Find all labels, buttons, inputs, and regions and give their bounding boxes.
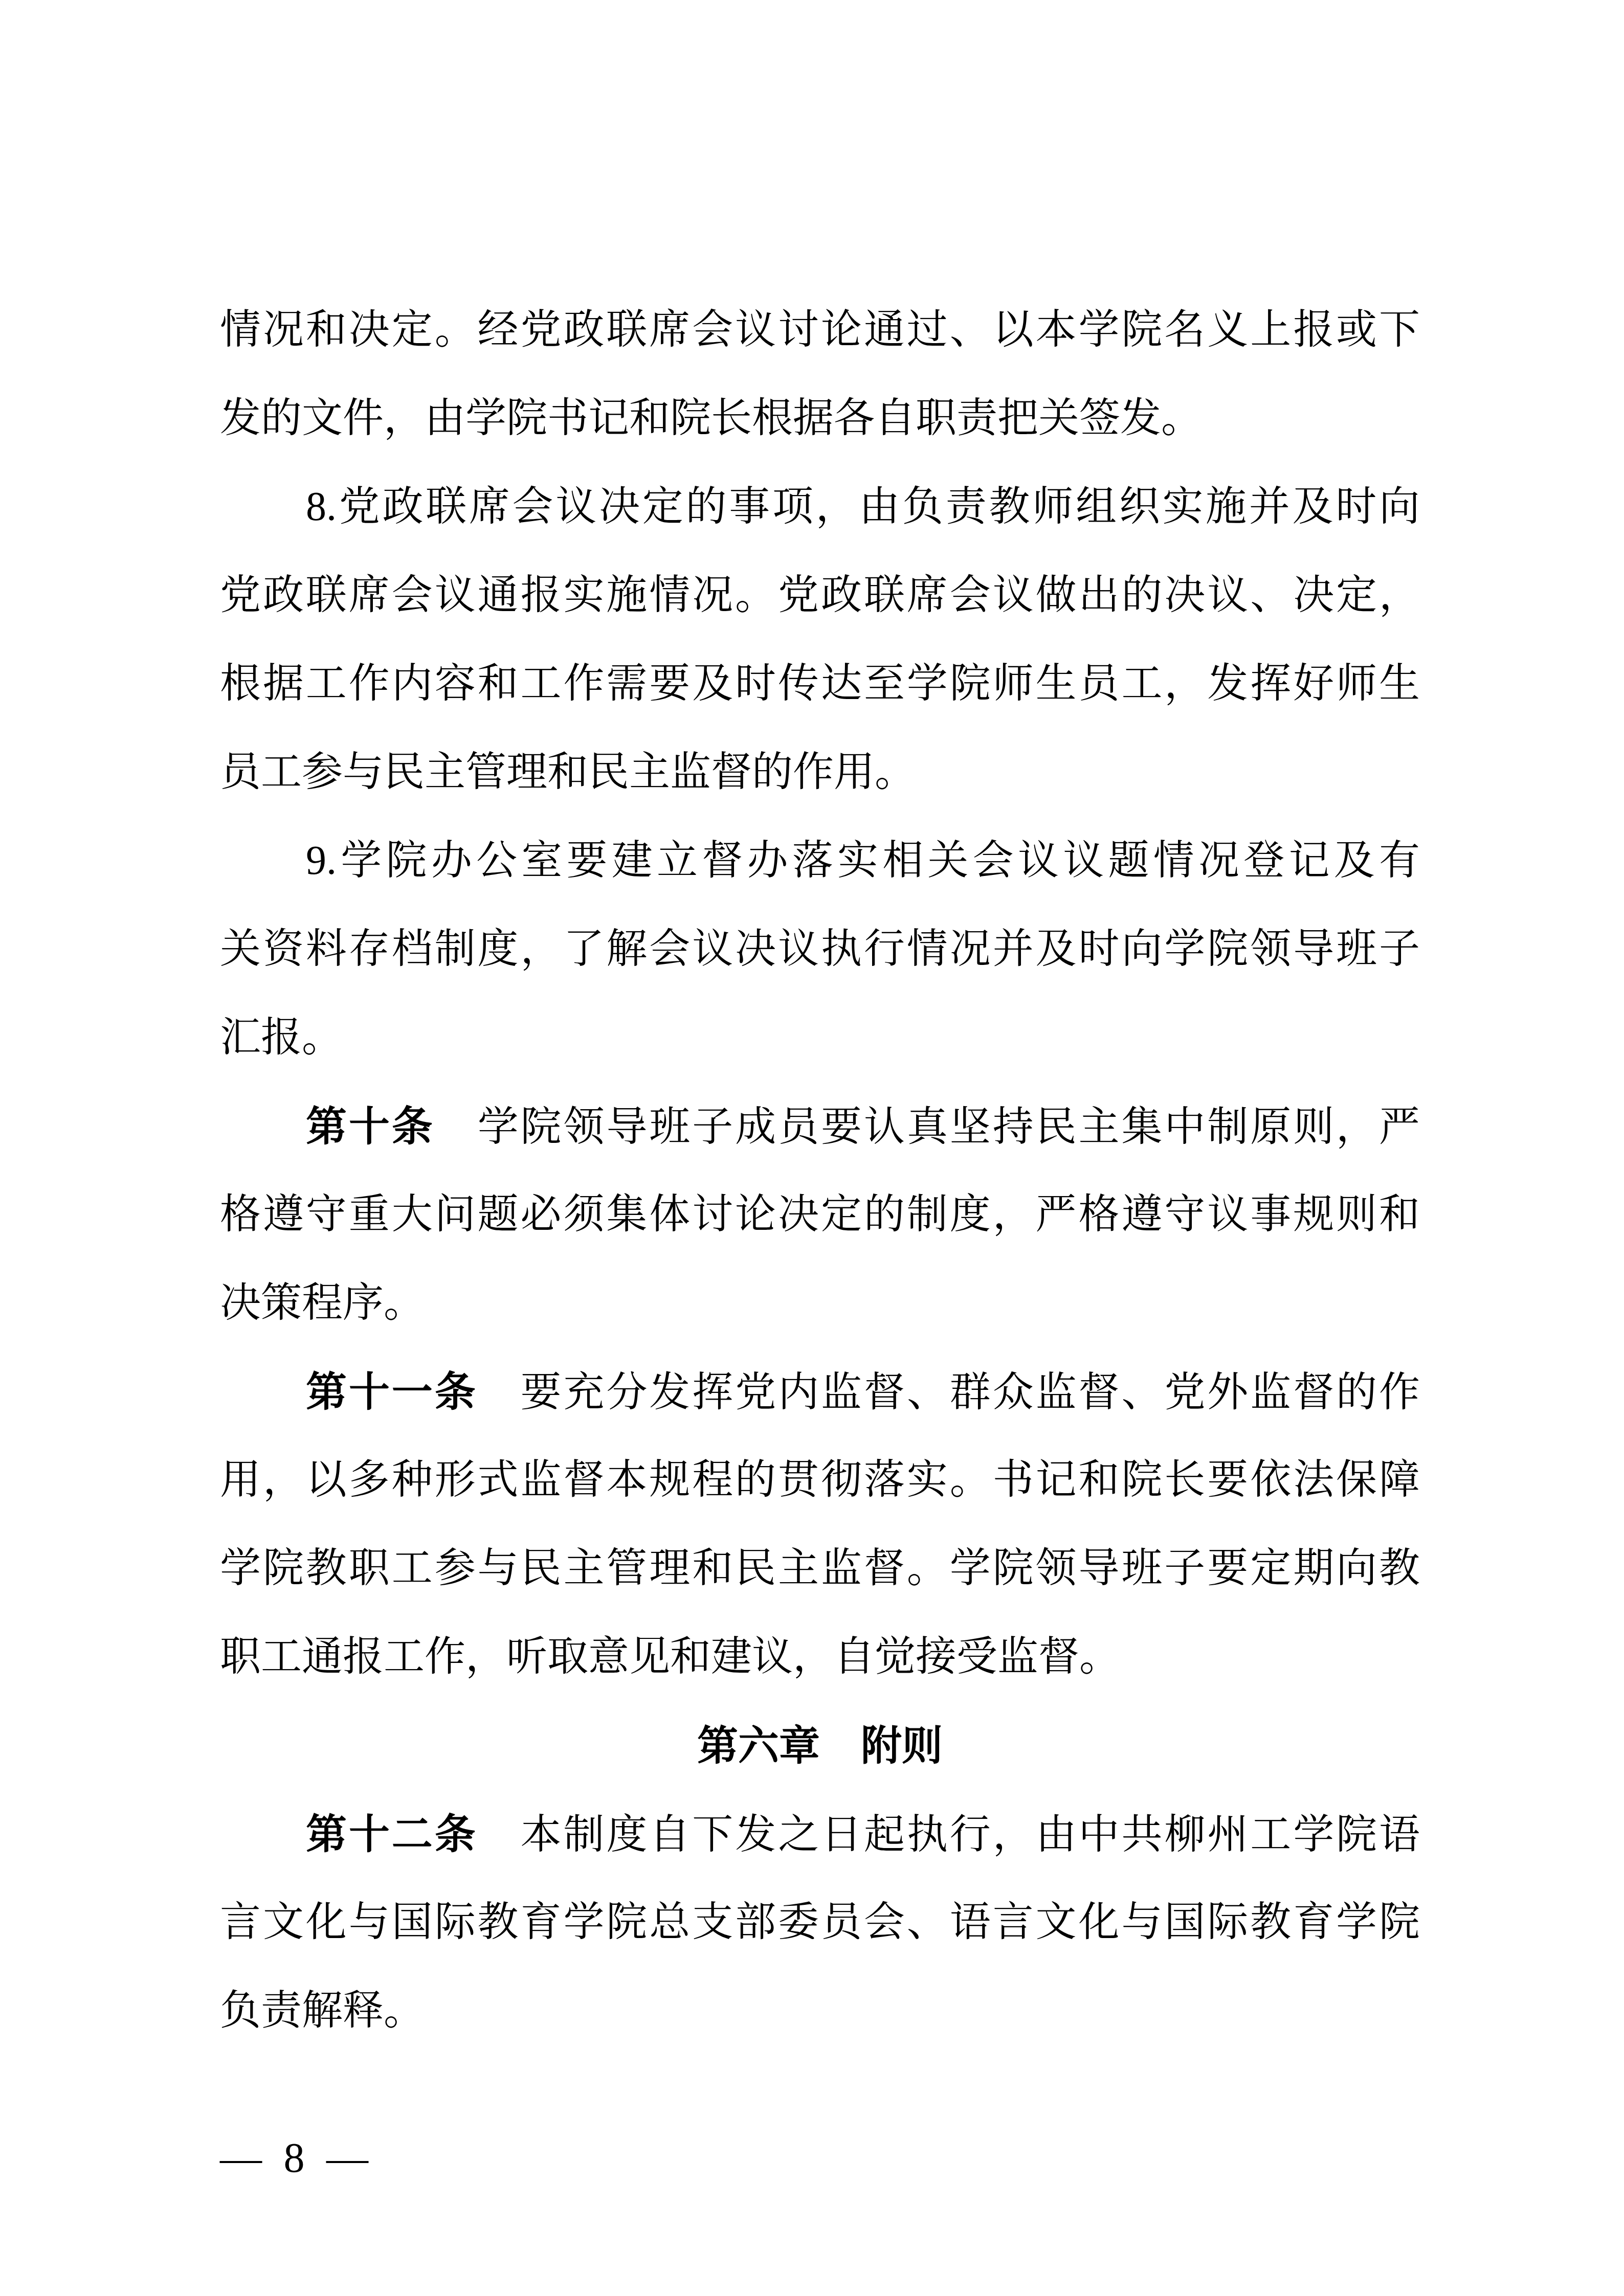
text-line: 员工参与民主管理和民主监督的作用。 (220, 728, 1420, 817)
text-line: 8.党政联席会议决定的事项，由负责教师组织实施并及时向 (220, 463, 1420, 551)
text-line: 发的文件，由学院书记和院长根据各自职责把关签发。 (220, 374, 1420, 463)
text-line: 言文化与国际教育学院总支部委员会、语言文化与国际教育学院 (220, 1878, 1420, 1967)
text-line: 9.学院办公室要建立督办落实相关会议议题情况登记及有 (220, 817, 1420, 905)
text-line: 情况和决定。经党政联席会议讨论通过、以本学院名义上报或下 (220, 286, 1420, 374)
text-line: 根据工作内容和工作需要及时传达至学院师生员工，发挥好师生 (220, 640, 1420, 728)
article-number-heading: 第十一条 (306, 1369, 478, 1414)
text-line: 职工通报工作，听取意见和建议，自觉接受监督。 (220, 1613, 1420, 1701)
document-page: 情况和决定。经党政联席会议讨论通过、以本学院名义上报或下 发的文件，由学院书记和… (0, 0, 1624, 2296)
article-text: 本制度自下发之日起执行，由中共柳州工学院语 (478, 1812, 1420, 1857)
article-text: 要充分发挥党内监督、群众监督、党外监督的作 (478, 1370, 1420, 1415)
text-line: 学院教职工参与民主管理和民主监督。学院领导班子要定期向教 (220, 1524, 1420, 1613)
text-line: 关资料存档制度，了解会议决议执行情况并及时向学院领导班子 (220, 905, 1420, 994)
text-line: 第十二条 本制度自下发之日起执行，由中共柳州工学院语 (220, 1790, 1420, 1878)
text-line: 党政联席会议通报实施情况。党政联席会议做出的决议、决定， (220, 551, 1420, 640)
text-line: 用，以多种形式监督本规程的贯彻落实。书记和院长要依法保障 (220, 1436, 1420, 1524)
document-text-block: 情况和决定。经党政联席会议讨论通过、以本学院名义上报或下 发的文件，由学院书记和… (220, 286, 1420, 2055)
text-line: 第十条 学院领导班子成员要认真坚持民主集中制原则，严 (220, 1082, 1420, 1170)
page-number: — 8 — (220, 2113, 371, 2202)
article-number-heading: 第十条 (306, 1104, 435, 1149)
text-line: 负责解释。 (220, 1967, 1420, 2055)
text-line: 汇报。 (220, 994, 1420, 1082)
text-line: 第十一条 要充分发挥党内监督、群众监督、党外监督的作 (220, 1347, 1420, 1436)
chapter-heading: 第六章 附则 (220, 1701, 1420, 1790)
article-text: 学院领导班子成员要认真坚持民主集中制原则，严 (435, 1105, 1420, 1150)
article-number-heading: 第十二条 (306, 1811, 478, 1857)
text-line: 格遵守重大问题必须集体讨论决定的制度，严格遵守议事规则和 (220, 1170, 1420, 1259)
text-line: 决策程序。 (220, 1259, 1420, 1347)
